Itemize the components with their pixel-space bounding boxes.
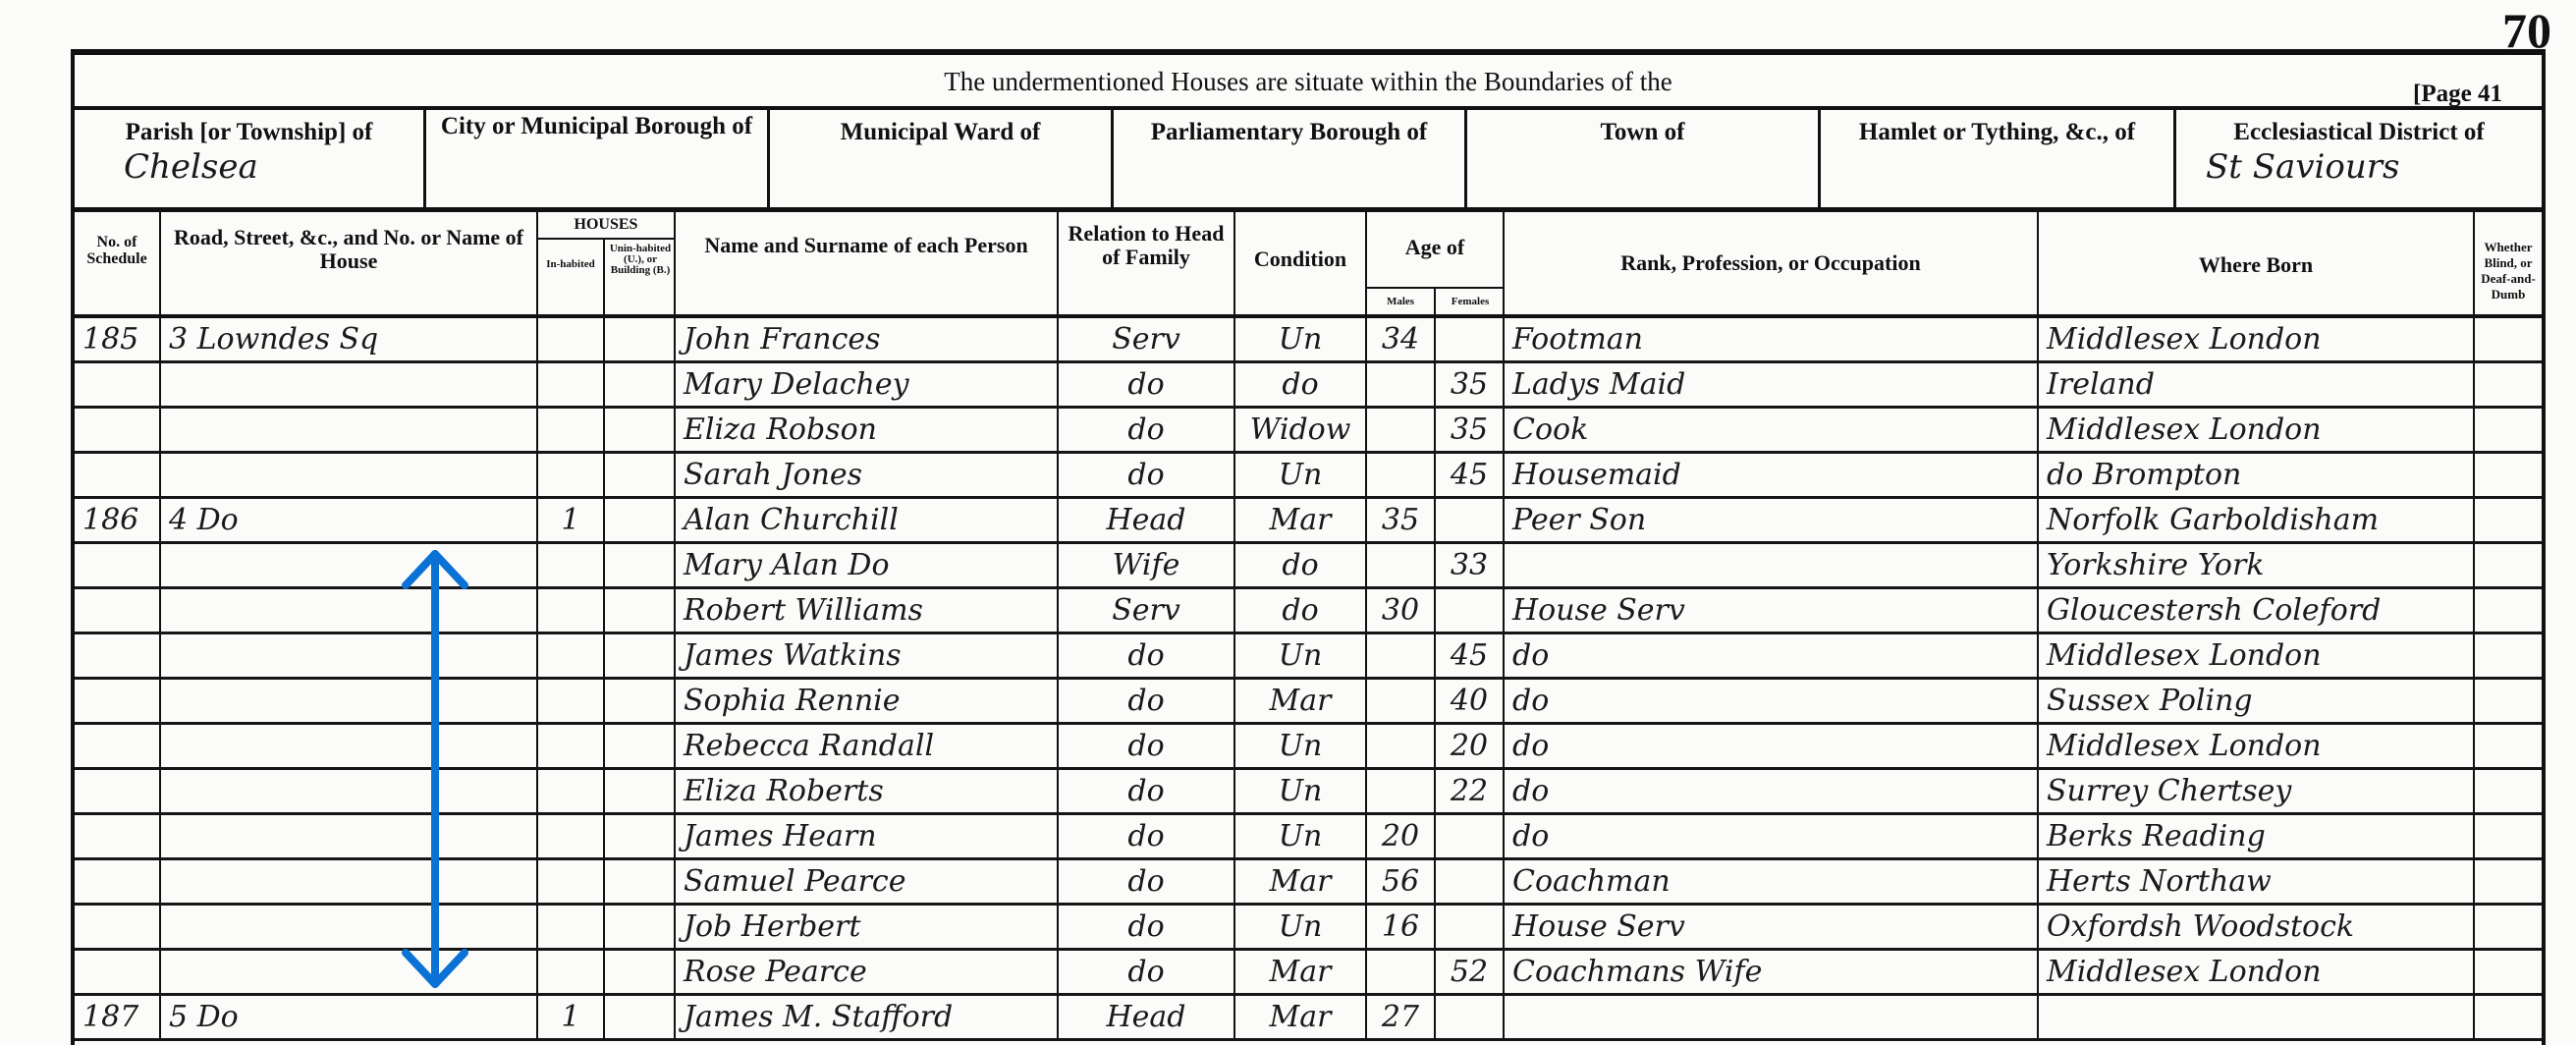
- name-value: Alan Churchill: [684, 503, 899, 537]
- cell-schedule: [75, 544, 161, 586]
- cell-relation: do: [1059, 815, 1235, 857]
- cell-blind: [2475, 725, 2542, 767]
- occupation-value: Cook: [1512, 412, 1588, 447]
- cell-male-age: 35: [1367, 499, 1436, 541]
- cell-relation: do: [1059, 725, 1235, 767]
- cell-born: Middlesex London: [2039, 951, 2475, 993]
- cell-name: Sarah Jones: [676, 454, 1059, 496]
- cell-female-age: 40: [1436, 680, 1505, 722]
- boundaries-title: The undermentioned Houses are situate wi…: [75, 67, 2542, 97]
- cell-road: 5 Do: [161, 996, 538, 1038]
- born-value: Herts Northaw: [2047, 864, 2272, 899]
- cell-condition: Mar: [1235, 860, 1367, 903]
- cell-relation: do: [1059, 363, 1235, 406]
- cell-female-age: 45: [1436, 454, 1505, 496]
- cell-male-age: 20: [1367, 815, 1436, 857]
- relation-value: do: [1127, 819, 1164, 853]
- cell-relation: do: [1059, 906, 1235, 948]
- cell-schedule: [75, 680, 161, 722]
- cell-born: Surrey Chertsey: [2039, 770, 2475, 812]
- name-value: John Frances: [684, 322, 881, 357]
- name-value: Eliza Roberts: [684, 774, 884, 808]
- born-value: Middlesex London: [2047, 955, 2322, 989]
- relation-value: do: [1127, 955, 1164, 989]
- cell-road: [161, 725, 538, 767]
- male-age-value: 27: [1382, 1000, 1419, 1034]
- female-age-value: 35: [1451, 412, 1488, 447]
- cell-born: Norfolk Garboldisham: [2039, 499, 2475, 541]
- male-age-value: 35: [1382, 503, 1419, 537]
- condition-value: Un: [1279, 819, 1323, 853]
- cell-male-age: [1367, 634, 1436, 677]
- name-value: Sophia Rennie: [684, 684, 901, 718]
- born-value: Norfolk Garboldisham: [2047, 503, 2379, 537]
- born-value: do Brompton: [2047, 458, 2241, 492]
- cell-born: Yorkshire York: [2039, 544, 2475, 586]
- cell-schedule: [75, 634, 161, 677]
- born-value: Gloucestersh Coleford: [2047, 593, 2381, 628]
- cell-born: Middlesex London: [2039, 634, 2475, 677]
- born-value: Berks Reading: [2047, 819, 2266, 853]
- cell-born: Middlesex London: [2039, 318, 2475, 360]
- cell-condition: Un: [1235, 454, 1367, 496]
- cell-female-age: 52: [1436, 951, 1505, 993]
- inhabited-value: 1: [561, 1000, 579, 1034]
- cell-condition: Un: [1235, 318, 1367, 360]
- cell-blind: [2475, 951, 2542, 993]
- occupation-value: do: [1512, 729, 1549, 763]
- cell-born: Sussex Poling: [2039, 680, 2475, 722]
- place-municipal-ward: Municipal Ward of: [770, 110, 1114, 207]
- cell-occupation: do: [1505, 680, 2039, 722]
- cell-relation: do: [1059, 409, 1235, 451]
- cell-schedule: [75, 906, 161, 948]
- place-hamlet: Hamlet or Tything, &c., of: [1821, 110, 2176, 207]
- name-value: Job Herbert: [684, 909, 860, 944]
- cell-occupation: House Serv: [1505, 589, 2039, 632]
- cell-inhabited: [538, 770, 605, 812]
- cell-road: [161, 680, 538, 722]
- cell-blind: [2475, 634, 2542, 677]
- cell-inhabited: [538, 318, 605, 360]
- cell-inhabited: [538, 634, 605, 677]
- occupation-value: Footman: [1512, 322, 1643, 357]
- cell-schedule: [75, 589, 161, 632]
- cell-schedule: [75, 951, 161, 993]
- cell-occupation: Coachmans Wife: [1505, 951, 2039, 993]
- cell-born: Middlesex London: [2039, 725, 2475, 767]
- female-age-value: 45: [1451, 638, 1488, 673]
- condition-value: Un: [1279, 909, 1323, 944]
- cell-schedule: 187: [75, 996, 161, 1038]
- born-value: Ireland: [2047, 367, 2155, 402]
- cell-schedule: [75, 725, 161, 767]
- cell-occupation: Ladys Maid: [1505, 363, 2039, 406]
- cell-relation: Serv: [1059, 589, 1235, 632]
- male-age-value: 30: [1382, 593, 1419, 628]
- cell-female-age: [1436, 589, 1505, 632]
- double-arrow-annotation-icon: [401, 546, 469, 992]
- female-age-value: 22: [1451, 774, 1488, 808]
- col-age: Age of Males Females: [1367, 212, 1505, 314]
- col-occupation: Rank, Profession, or Occupation: [1505, 212, 2039, 314]
- cell-born: do Brompton: [2039, 454, 2475, 496]
- cell-road: [161, 951, 538, 993]
- cell-occupation: House Serv: [1505, 906, 2039, 948]
- cell-condition: do: [1235, 363, 1367, 406]
- cell-relation: Serv: [1059, 318, 1235, 360]
- cell-occupation: Housemaid: [1505, 454, 2039, 496]
- name-value: Mary Delachey: [684, 367, 909, 402]
- cell-blind: [2475, 770, 2542, 812]
- cell-uninhabited: [605, 363, 676, 406]
- cell-relation: do: [1059, 951, 1235, 993]
- cell-road: [161, 409, 538, 451]
- occupation-value: Coachmans Wife: [1512, 955, 1762, 989]
- cell-name: Samuel Pearce: [676, 860, 1059, 903]
- name-value: Rebecca Randall: [684, 729, 934, 763]
- cell-name: Rebecca Randall: [676, 725, 1059, 767]
- col-road: Road, Street, &c., and No. or Name of Ho…: [161, 212, 538, 314]
- male-age-value: 16: [1382, 909, 1419, 944]
- cell-blind: [2475, 996, 2542, 1038]
- table-row: 1853 Lowndes SqJohn FrancesServUn34Footm…: [75, 318, 2542, 363]
- cell-born: [2039, 996, 2475, 1038]
- schedule-value: 186: [82, 503, 138, 537]
- relation-value: Head: [1106, 503, 1185, 537]
- cell-name: Sophia Rennie: [676, 680, 1059, 722]
- cell-born: Berks Reading: [2039, 815, 2475, 857]
- cell-road: [161, 589, 538, 632]
- cell-uninhabited: [605, 409, 676, 451]
- cell-male-age: [1367, 770, 1436, 812]
- cell-condition: Un: [1235, 770, 1367, 812]
- name-value: James Hearn: [684, 819, 877, 853]
- born-value: Middlesex London: [2047, 638, 2322, 673]
- cell-name: John Frances: [676, 318, 1059, 360]
- cell-condition: do: [1235, 589, 1367, 632]
- cell-name: Eliza Roberts: [676, 770, 1059, 812]
- condition-value: do: [1282, 367, 1318, 402]
- cell-blind: [2475, 680, 2542, 722]
- cell-uninhabited: [605, 996, 676, 1038]
- cell-road: [161, 906, 538, 948]
- cell-occupation: [1505, 996, 2039, 1038]
- cell-male-age: [1367, 409, 1436, 451]
- cell-road: [161, 815, 538, 857]
- cell-male-age: [1367, 363, 1436, 406]
- born-value: Middlesex London: [2047, 412, 2322, 447]
- table-row: Eliza RobsondoWidow35CookMiddlesex Londo…: [75, 409, 2542, 454]
- cell-blind: [2475, 906, 2542, 948]
- schedule-value: 185: [82, 322, 138, 357]
- relation-value: Serv: [1112, 322, 1180, 357]
- relation-value: do: [1127, 864, 1164, 899]
- cell-female-age: [1436, 906, 1505, 948]
- cell-blind: [2475, 860, 2542, 903]
- female-age-value: 52: [1451, 955, 1488, 989]
- cell-schedule: [75, 770, 161, 812]
- cell-female-age: [1436, 996, 1505, 1038]
- cell-road: 3 Lowndes Sq: [161, 318, 538, 360]
- cell-uninhabited: [605, 815, 676, 857]
- cell-female-age: 35: [1436, 363, 1505, 406]
- cell-relation: do: [1059, 680, 1235, 722]
- col-females: Females: [1436, 287, 1505, 314]
- cell-name: James Watkins: [676, 634, 1059, 677]
- occupation-value: do: [1512, 819, 1549, 853]
- cell-female-age: 35: [1436, 409, 1505, 451]
- col-name: Name and Surname of each Person: [676, 212, 1059, 314]
- cell-occupation: Cook: [1505, 409, 2039, 451]
- occupation-value: House Serv: [1512, 593, 1685, 628]
- cell-condition: Widow: [1235, 409, 1367, 451]
- born-value: Oxfordsh Woodstock: [2047, 909, 2354, 944]
- born-value: Middlesex London: [2047, 322, 2322, 357]
- cell-schedule: [75, 363, 161, 406]
- cell-road: [161, 634, 538, 677]
- cell-male-age: 56: [1367, 860, 1436, 903]
- name-value: Eliza Robson: [684, 412, 877, 447]
- cell-condition: Un: [1235, 906, 1367, 948]
- cell-condition: do: [1235, 544, 1367, 586]
- male-age-value: 34: [1382, 322, 1419, 357]
- condition-value: Un: [1279, 729, 1323, 763]
- parish-value: Chelsea: [75, 145, 423, 187]
- cell-relation: do: [1059, 634, 1235, 677]
- name-value: James Watkins: [684, 638, 902, 673]
- cell-born: Ireland: [2039, 363, 2475, 406]
- cell-uninhabited: [605, 860, 676, 903]
- table-row: Mary Delacheydodo35Ladys MaidIreland: [75, 363, 2542, 409]
- cell-female-age: [1436, 860, 1505, 903]
- cell-occupation: Footman: [1505, 318, 2039, 360]
- female-age-value: 20: [1451, 729, 1488, 763]
- col-where-born: Where Born: [2039, 212, 2475, 314]
- cell-blind: [2475, 499, 2542, 541]
- born-value: Yorkshire York: [2047, 548, 2265, 582]
- name-value: Rose Pearce: [684, 955, 867, 989]
- cell-male-age: 27: [1367, 996, 1436, 1038]
- condition-value: Un: [1279, 322, 1323, 357]
- road-value: 3 Lowndes Sq: [169, 322, 378, 357]
- cell-male-age: 30: [1367, 589, 1436, 632]
- occupation-value: do: [1512, 684, 1549, 718]
- cell-relation: do: [1059, 860, 1235, 903]
- cell-inhabited: [538, 951, 605, 993]
- cell-inhabited: 1: [538, 996, 605, 1038]
- cell-uninhabited: [605, 454, 676, 496]
- occupation-value: Coachman: [1512, 864, 1671, 899]
- cell-name: Eliza Robson: [676, 409, 1059, 451]
- name-value: James M. Stafford: [684, 1000, 953, 1034]
- female-age-value: 45: [1451, 458, 1488, 492]
- cell-male-age: 16: [1367, 906, 1436, 948]
- cell-name: Robert Williams: [676, 589, 1059, 632]
- road-value: 5 Do: [169, 1000, 239, 1034]
- cell-schedule: [75, 409, 161, 451]
- relation-value: do: [1127, 638, 1164, 673]
- cell-inhabited: [538, 363, 605, 406]
- relation-value: do: [1127, 909, 1164, 944]
- cell-female-age: 33: [1436, 544, 1505, 586]
- schedule-value: 187: [82, 1000, 138, 1034]
- cell-female-age: [1436, 815, 1505, 857]
- cell-occupation: do: [1505, 815, 2039, 857]
- cell-condition: Mar: [1235, 680, 1367, 722]
- female-age-value: 35: [1451, 367, 1488, 402]
- cell-uninhabited: [605, 634, 676, 677]
- cell-occupation: do: [1505, 725, 2039, 767]
- condition-value: Mar: [1270, 1000, 1332, 1034]
- cell-blind: [2475, 363, 2542, 406]
- cell-blind: [2475, 409, 2542, 451]
- cell-name: James M. Stafford: [676, 996, 1059, 1038]
- condition-value: do: [1282, 548, 1318, 582]
- condition-value: Mar: [1270, 684, 1332, 718]
- cell-schedule: [75, 815, 161, 857]
- relation-value: do: [1127, 367, 1164, 402]
- cell-condition: Mar: [1235, 499, 1367, 541]
- cell-uninhabited: [605, 770, 676, 812]
- col-uninhabited: Unin-habited (U.), or Building (B.): [605, 238, 676, 314]
- occupation-value: Housemaid: [1512, 458, 1681, 492]
- occupation-value: do: [1512, 774, 1549, 808]
- occupation-value: Peer Son: [1512, 503, 1646, 537]
- cell-relation: do: [1059, 454, 1235, 496]
- relation-value: Head: [1106, 1000, 1185, 1034]
- cell-inhabited: [538, 725, 605, 767]
- cell-blind: [2475, 815, 2542, 857]
- place-town: Town of: [1467, 110, 1821, 207]
- cell-name: Mary Delachey: [676, 363, 1059, 406]
- col-schedule: No. of Schedule: [75, 212, 161, 314]
- cell-male-age: [1367, 951, 1436, 993]
- cell-name: Rose Pearce: [676, 951, 1059, 993]
- cell-inhabited: [538, 454, 605, 496]
- place-parliamentary-borough: Parliamentary Borough of: [1114, 110, 1467, 207]
- boundaries-banner: The undermentioned Houses are situate wi…: [75, 55, 2542, 110]
- female-age-value: 40: [1451, 684, 1488, 718]
- relation-value: Wife: [1113, 548, 1180, 582]
- place-ecclesiastical-district: Ecclesiastical District of St Saviours: [2176, 110, 2542, 207]
- name-value: Robert Williams: [684, 593, 923, 628]
- relation-value: Serv: [1112, 593, 1180, 628]
- col-blind-deaf: Whether Blind, or Deaf-and-Dumb: [2475, 212, 2542, 314]
- cell-road: [161, 860, 538, 903]
- cell-road: [161, 454, 538, 496]
- female-age-value: 33: [1451, 548, 1488, 582]
- condition-value: Un: [1279, 458, 1323, 492]
- cell-born: Middlesex London: [2039, 409, 2475, 451]
- cell-inhabited: [538, 860, 605, 903]
- relation-value: do: [1127, 774, 1164, 808]
- cell-male-age: 34: [1367, 318, 1436, 360]
- cell-schedule: [75, 860, 161, 903]
- cell-blind: [2475, 544, 2542, 586]
- male-age-value: 56: [1382, 864, 1419, 899]
- census-rows: 1853 Lowndes SqJohn FrancesServUn34Footm…: [75, 314, 2542, 318]
- occupation-value: Ladys Maid: [1512, 367, 1685, 402]
- cell-relation: do: [1059, 770, 1235, 812]
- name-value: Mary Alan Do: [684, 548, 890, 582]
- cell-schedule: 186: [75, 499, 161, 541]
- born-value: Middlesex London: [2047, 729, 2322, 763]
- cell-female-age: [1436, 318, 1505, 360]
- relation-value: do: [1127, 684, 1164, 718]
- cell-uninhabited: [605, 906, 676, 948]
- cell-blind: [2475, 589, 2542, 632]
- cell-female-age: 22: [1436, 770, 1505, 812]
- name-value: Samuel Pearce: [684, 864, 905, 899]
- col-inhabited: In-habited: [538, 238, 605, 314]
- cell-uninhabited: [605, 951, 676, 993]
- cell-inhabited: [538, 815, 605, 857]
- cell-name: Job Herbert: [676, 906, 1059, 948]
- relation-value: do: [1127, 412, 1164, 447]
- occupation-value: do: [1512, 638, 1549, 673]
- relation-value: do: [1127, 458, 1164, 492]
- road-value: 4 Do: [169, 503, 239, 537]
- cell-inhabited: [538, 589, 605, 632]
- cell-female-age: [1436, 499, 1505, 541]
- cell-occupation: do: [1505, 634, 2039, 677]
- ecclesiastical-value: St Saviours: [2176, 145, 2542, 187]
- cell-male-age: [1367, 544, 1436, 586]
- condition-value: Un: [1279, 774, 1323, 808]
- cell-condition: Mar: [1235, 951, 1367, 993]
- condition-value: Un: [1279, 638, 1323, 673]
- cell-schedule: [75, 454, 161, 496]
- relation-value: do: [1127, 729, 1164, 763]
- name-value: Sarah Jones: [684, 458, 862, 492]
- cell-road: 4 Do: [161, 499, 538, 541]
- table-row: 1875 Do1James M. StaffordHeadMar27: [75, 996, 2542, 1041]
- cell-road: [161, 770, 538, 812]
- cell-name: Mary Alan Do: [676, 544, 1059, 586]
- condition-value: do: [1282, 593, 1318, 628]
- cell-condition: Un: [1235, 634, 1367, 677]
- cell-inhabited: [538, 409, 605, 451]
- place-parish: Parish [or Township] of Chelsea: [75, 110, 426, 207]
- cell-condition: Un: [1235, 725, 1367, 767]
- cell-uninhabited: [605, 589, 676, 632]
- cell-inhabited: 1: [538, 499, 605, 541]
- cell-condition: Un: [1235, 815, 1367, 857]
- cell-male-age: [1367, 680, 1436, 722]
- condition-value: Mar: [1270, 955, 1332, 989]
- cell-name: Alan Churchill: [676, 499, 1059, 541]
- cell-inhabited: [538, 906, 605, 948]
- table-row: 1864 Do1Alan ChurchillHeadMar35Peer SonN…: [75, 499, 2542, 544]
- occupation-value: House Serv: [1512, 909, 1685, 944]
- cell-occupation: Peer Son: [1505, 499, 2039, 541]
- cell-road: [161, 544, 538, 586]
- place-header-row: Parish [or Township] of Chelsea City or …: [75, 110, 2542, 212]
- cell-name: James Hearn: [676, 815, 1059, 857]
- cell-born: Herts Northaw: [2039, 860, 2475, 903]
- cell-relation: Head: [1059, 996, 1235, 1038]
- male-age-value: 20: [1382, 819, 1419, 853]
- cell-uninhabited: [605, 318, 676, 360]
- cell-male-age: [1367, 725, 1436, 767]
- cell-schedule: 185: [75, 318, 161, 360]
- cell-occupation: Coachman: [1505, 860, 2039, 903]
- cell-uninhabited: [605, 544, 676, 586]
- cell-inhabited: [538, 680, 605, 722]
- cell-inhabited: [538, 544, 605, 586]
- cell-blind: [2475, 318, 2542, 360]
